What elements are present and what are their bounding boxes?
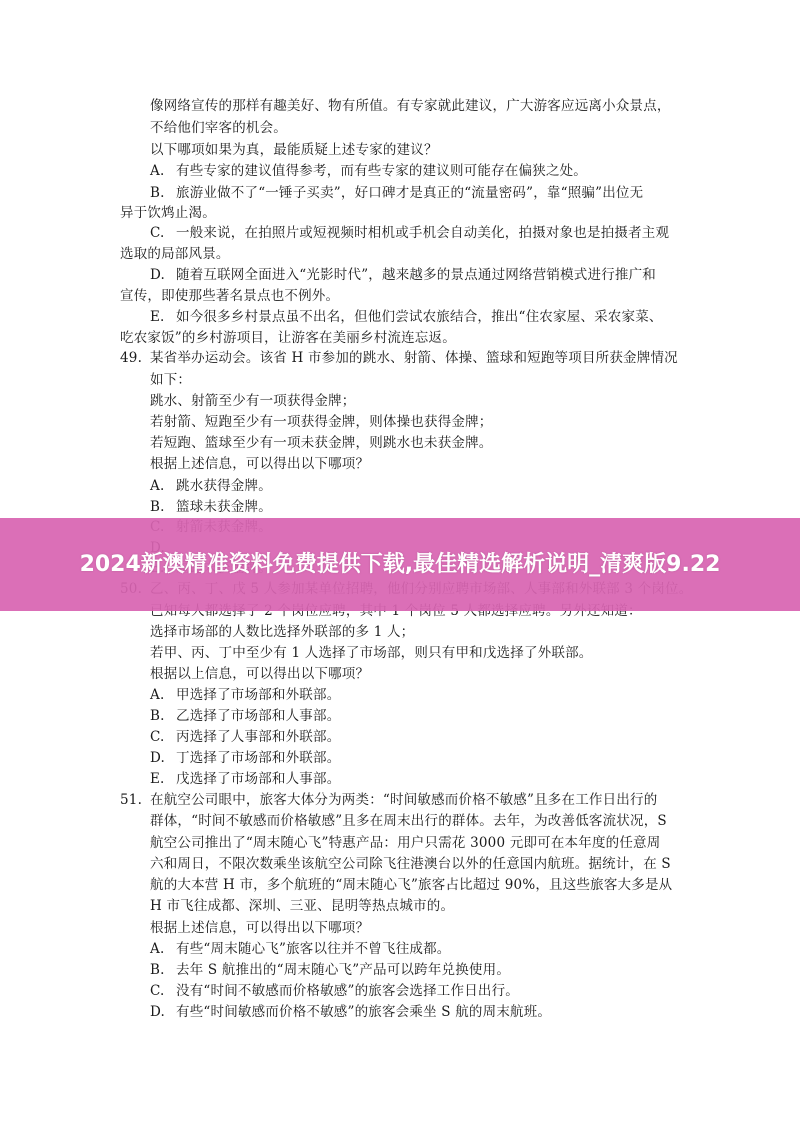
exam-page: 像网络宣传的那样有趣美好、物有所值。有专家就此建议，广大游客应远离小众景点， 不…	[0, 0, 800, 1131]
option-d: D.丁选择了市场部和外联部。	[150, 748, 340, 768]
option-c: C.丙选择了人事部和外联部。	[150, 727, 340, 747]
option-text: 篮球未获金牌。	[176, 499, 272, 515]
question-prompt: 以下哪项如果为真，最能质疑上述专家的建议？	[150, 140, 438, 160]
option-d: D.有些“时间敏感而价格不敏感”的旅客会乘坐 S 航的周末航班。	[150, 1002, 551, 1022]
option-continuation: 宣传，即使那些著名景点也不例外。	[120, 286, 339, 306]
option-label: B.	[150, 706, 176, 726]
option-label: C.	[150, 223, 176, 243]
option-label: B.	[150, 183, 176, 203]
option-a: A.有些专家的建议值得参考，而有些专家的建议则可能存在偏狭之处。	[150, 161, 587, 181]
option-label: D.	[150, 1002, 176, 1022]
option-a: A.甲选择了市场部和外联部。	[150, 685, 340, 705]
question-stem-first-line: 49.某省举办运动会。该省 H 市参加的跳水、射箭、体操、篮球和短跑等项目所获金…	[120, 348, 678, 368]
option-label: E.	[150, 769, 176, 789]
stem-line: 像网络宣传的那样有趣美好、物有所值。有专家就此建议，广大游客应远离小众景点，	[150, 96, 671, 116]
option-c: C.一般来说，在拍照片或短视频时相机或手机会自动美化，拍摄对象也是拍摄者主观	[150, 223, 669, 243]
option-b: B.去年 S 航推出的“周末随心飞”产品可以跨年兑换使用。	[150, 960, 510, 980]
option-e: E.戊选择了市场部和人事部。	[150, 769, 340, 789]
option-text: 旅游业做不了“一锤子买卖”，好口碑才是真正的“流量密码”，靠“照骗”出位无	[176, 185, 643, 201]
option-text: 去年 S 航推出的“周末随心飞”产品可以跨年兑换使用。	[176, 962, 510, 978]
stem-line: 跳水、射箭至少有一项获得金牌；	[150, 391, 356, 411]
option-label: B.	[150, 497, 176, 517]
stem-line: 不给他们宰客的机会。	[150, 118, 287, 138]
option-label: A.	[150, 685, 176, 705]
option-text: 有些“时间敏感而价格不敏感”的旅客会乘坐 S 航的周末航班。	[176, 1004, 551, 1020]
option-text: 乙选择了市场部和人事部。	[176, 708, 340, 724]
option-label: A.	[150, 476, 176, 496]
option-text: 有些“周末随心飞”旅客以往并不曾飞往成都。	[176, 941, 451, 957]
option-c: C.没有“时间不敏感而价格敏感”的旅客会选择工作日出行。	[150, 981, 519, 1001]
option-text: 有些专家的建议值得参考，而有些专家的建议则可能存在偏狭之处。	[176, 163, 587, 179]
option-label: E.	[150, 307, 176, 327]
option-text: 丙选择了人事部和外联部。	[176, 729, 340, 745]
option-b: B.乙选择了市场部和人事部。	[150, 706, 340, 726]
question-prompt: 根据上述信息，可以得出以下哪项？	[150, 918, 369, 938]
option-label: D.	[150, 748, 176, 768]
option-a: A.有些“周末随心飞”旅客以往并不曾飞往成都。	[150, 939, 451, 959]
option-text: 如今很多乡村景点虽不出名，但他们尝试农旅结合，推出“住农家屋、采农家菜、	[176, 309, 663, 325]
option-continuation: 吃农家饭”的乡村游项目，让游客在美丽乡村流连忘返。	[120, 328, 456, 348]
option-text: 甲选择了市场部和外联部。	[176, 687, 340, 703]
option-label: C.	[150, 981, 176, 1001]
question-stem-first-line: 51.在航空公司眼中，旅客大体分为两类：“时间敏感而价格不敏感”且多在工作日出行…	[120, 790, 657, 810]
option-label: A.	[150, 939, 176, 959]
question-number: 49.	[120, 348, 150, 368]
stem-line: 若甲、丙、丁中至少有 1 人选择了市场部，则只有甲和戊选择了外联部。	[150, 643, 592, 663]
option-d: D.随着互联网全面进入“光影时代”，越来越多的景点通过网络营销模式进行推广和	[150, 265, 656, 285]
stem-line: 在航空公司眼中，旅客大体分为两类：“时间敏感而价格不敏感”且多在工作日出行的	[150, 792, 657, 808]
banner-title: 2024新澳精准资料免费提供下载,最佳精选解析说明_清爽版9.22	[20, 549, 780, 581]
stem-line: 选择市场部的人数比选择外联部的多 1 人；	[150, 622, 414, 642]
stem-line: 六和周日，不限次数乘坐该航空公司除飞往港澳台以外的任意国内航班。据统计，在 S	[150, 854, 671, 874]
question-number: 51.	[120, 790, 150, 810]
option-label: C.	[150, 727, 176, 747]
option-text: 一般来说，在拍照片或短视频时相机或手机会自动美化，拍摄对象也是拍摄者主观	[176, 225, 669, 241]
option-label: B.	[150, 960, 176, 980]
option-a: A.跳水获得金牌。	[150, 476, 272, 496]
option-b: B.篮球未获金牌。	[150, 497, 272, 517]
option-continuation: 异于饮鸩止渴。	[120, 203, 216, 223]
stem-line: 若射箭、短跑至少有一项获得金牌，则体操也获得金牌；	[150, 412, 493, 432]
option-text: 跳水获得金牌。	[176, 478, 272, 494]
stem-line: 航的大本营 H 市，多个航班的“周末随心飞”旅客占比超过 90%，且这些旅客大多…	[150, 875, 672, 895]
option-continuation: 选取的局部风景。	[120, 244, 230, 264]
stem-line: H 市飞往成都、深圳、三亚、昆明等热点城市的。	[150, 896, 454, 916]
option-text: 戊选择了市场部和人事部。	[176, 771, 340, 787]
question-prompt: 根据以上信息，可以得出以下哪项？	[150, 664, 369, 684]
option-text: 丁选择了市场部和外联部。	[176, 750, 340, 766]
overlay-banner: 2024新澳精准资料免费提供下载,最佳精选解析说明_清爽版9.22	[0, 518, 800, 611]
stem-line: 如下：	[150, 370, 191, 390]
stem-line: 航空公司推出了“周末随心飞”特惠产品：用户只需花 3000 元即可在本年度的任意…	[150, 833, 660, 853]
question-prompt: 根据上述信息，可以得出以下哪项？	[150, 454, 369, 474]
option-label: D.	[150, 265, 176, 285]
stem-line: 群体，“时间不敏感而价格敏感”且多在周末出行的群体。去年，为改善低客流状况，S	[150, 811, 667, 831]
option-text: 随着互联网全面进入“光影时代”，越来越多的景点通过网络营销模式进行推广和	[176, 267, 656, 283]
option-text: 没有“时间不敏感而价格敏感”的旅客会选择工作日出行。	[176, 983, 519, 999]
option-label: A.	[150, 161, 176, 181]
stem-line: 若短跑、篮球至少有一项未获金牌，则跳水也未获金牌。	[150, 433, 493, 453]
option-e: E.如今很多乡村景点虽不出名，但他们尝试农旅结合，推出“住农家屋、采农家菜、	[150, 307, 663, 327]
option-b: B.旅游业做不了“一锤子买卖”，好口碑才是真正的“流量密码”，靠“照骗”出位无	[150, 183, 643, 203]
stem-line: 某省举办运动会。该省 H 市参加的跳水、射箭、体操、篮球和短跑等项目所获金牌情况	[150, 350, 678, 366]
